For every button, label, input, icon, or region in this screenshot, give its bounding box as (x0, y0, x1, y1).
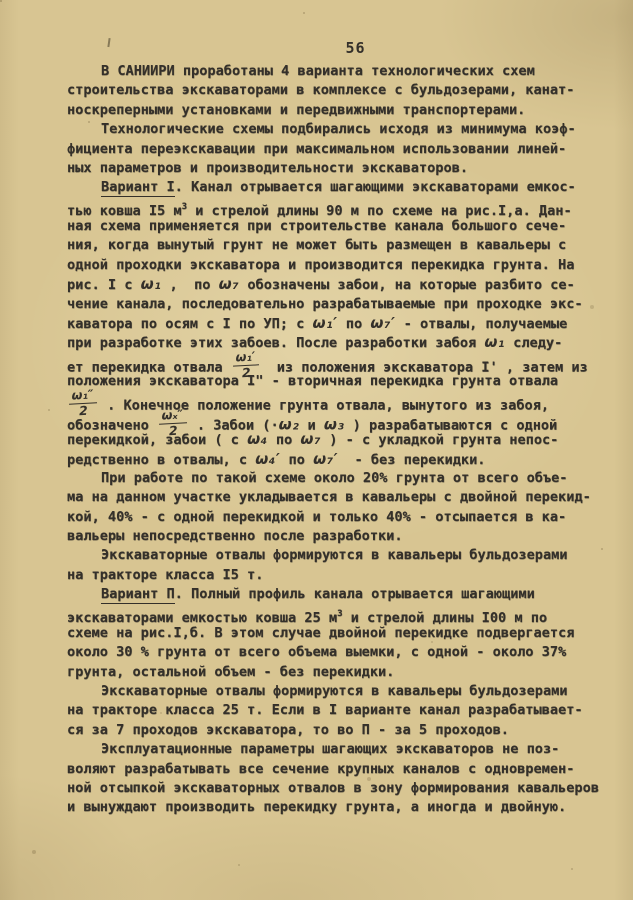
fraction-denominator: 2 (233, 364, 259, 379)
handwritten-fraction: ω₁″2 (68, 389, 97, 418)
text-line: на тракторе класса I5 т. (67, 566, 627, 585)
text-line: перекидкой, забои ( с ω₄ по ω₇ ) - с укл… (67, 430, 627, 449)
text-line: строительства экскаваторами в комплексе … (67, 81, 627, 100)
text-line: около 30 % грунта от всего объема выемки… (67, 643, 627, 662)
fraction-numerator: ωₓ″ (158, 408, 186, 424)
text-line: экскаваторами емкостью ковша 25 м3 и стр… (67, 605, 627, 624)
text-line: положения экскаватора I" - вторичная пер… (67, 372, 627, 391)
text-segment: вальеры непосредственно после разработки… (67, 528, 403, 544)
handwritten-symbol: ω₁ (484, 333, 505, 351)
text-line: ная схема применяется при строительстве … (67, 217, 627, 236)
text-segment: . Полный профиль канала отрывается шагаю… (175, 586, 535, 602)
text-segment: ния, когда вынутый грунт не может быть р… (67, 237, 566, 253)
fraction-denominator: 2 (69, 403, 98, 418)
text-line: редственно в отвалы, с ω₄′ по ω₇′ - без … (67, 450, 627, 469)
text-line: Вариант I. Канал отрывается шагающими эк… (67, 178, 627, 197)
text-line: ния, когда вынутый грунт не может быть р… (67, 236, 627, 255)
text-line: и вынуждают производить перекидку грунта… (67, 798, 627, 817)
text-line: При работе по такой схеме около 20% грун… (67, 469, 627, 488)
text-line: каватора по осям с I по УП; с ω₁′ по ω₇′… (67, 314, 627, 333)
text-segment: - отвалы, получаемые (395, 316, 567, 332)
text-segment: ных параметров и производительности экск… (67, 160, 468, 176)
underlined-heading: Вариант I (101, 179, 175, 197)
text-segment: чение канала, последовательно разрабатыв… (67, 296, 583, 312)
text-line: Экскаваторные отвалы формируются в кавал… (67, 682, 627, 701)
handwritten-fraction: ω₁′2 (232, 350, 259, 379)
text-line: при разработке этих забоев. После разраб… (67, 333, 627, 352)
text-line: воляют разрабатывать все сечение крупных… (67, 760, 627, 779)
text-segment: ной отсыпкой экскаваторных отвалов в зон… (67, 780, 599, 796)
handwritten-symbol: ω₇′ (370, 314, 395, 332)
text-line: ет перекидка отвала ω₁′2 из положения эк… (67, 353, 627, 372)
text-line: ных параметров и производительности экск… (67, 159, 627, 178)
handwritten-symbol: ω₇ (300, 430, 321, 448)
handwritten-symbol: ω₇ (219, 275, 240, 293)
text-segment: при разработке этих забоев. После разраб… (67, 335, 484, 351)
text-segment: схеме на рис.I,б. В этом случае двойной … (67, 625, 574, 641)
text-segment: носкреперными установками и передвижными… (67, 102, 525, 118)
text-line: ма на данном участке укладывается в кава… (67, 488, 627, 507)
text-segment: В САНИИРИ проработаны 4 варианта техноло… (101, 63, 535, 79)
text-segment: грунта, остальной объем - без перекидки. (67, 664, 394, 680)
text-line: Экскаваторные отвалы формируются в кавал… (67, 546, 627, 565)
text-line: схеме на рис.I,б. В этом случае двойной … (67, 624, 627, 643)
text-segment: Эксплуатационные параметры шагающих экск… (101, 741, 559, 757)
text-segment: на тракторе класса I5 т. (67, 567, 263, 583)
text-segment: Технологические схемы подбирались исходя… (101, 121, 576, 137)
text-segment: обозначены забои, на которые разбито се- (239, 277, 575, 293)
text-line: обозначено ωₓ″2 . Забои (·ω₂ и ω₃ ) разр… (67, 411, 627, 430)
handwritten-symbol: ω₄ (247, 430, 268, 448)
page-body: В САНИИРИ проработаны 4 варианта техноло… (67, 62, 627, 818)
text-segment: каватора по осям с I по УП; с (67, 316, 313, 332)
text-line: Технологические схемы подбирались исходя… (67, 120, 627, 139)
fraction-denominator: 2 (159, 423, 187, 438)
text-segment: , по (161, 277, 218, 293)
text-line: на тракторе класса 25 т. Если в I вариан… (67, 701, 627, 720)
text-line: грунта, остальной объем - без перекидки. (67, 663, 627, 682)
text-line: чение канала, последовательно разрабатыв… (67, 295, 627, 314)
text-segment: ) - с укладкой грунта непос- (321, 432, 558, 448)
fraction-numerator: ω₁′ (232, 350, 258, 366)
text-segment: - без перекидки. (338, 452, 485, 468)
text-segment: положения экскаватора I" - вторичная пер… (67, 373, 558, 389)
handwritten-symbol: ω₁ (141, 275, 162, 293)
text-segment: по (268, 432, 301, 448)
text-segment: ся за 7 проходов экскаватора, то во П - … (67, 722, 509, 738)
text-segment: строительства экскаваторами в комплексе … (67, 82, 574, 98)
text-segment: воляют разрабатывать все сечение крупных… (67, 761, 574, 777)
text-line: тью ковша I5 м3 и стрелой длины 90 м по … (67, 198, 627, 217)
text-segment: и вынуждают производить перекидку грунта… (67, 799, 566, 815)
text-segment: ная схема применяется при строительстве … (67, 218, 566, 234)
text-segment: по (280, 452, 313, 468)
paper-speckles (0, 0, 2, 2)
text-segment: около 30 % грунта от всего объема выемки… (67, 644, 566, 660)
scanned-page: 56 В САНИИРИ проработаны 4 варианта техн… (0, 0, 633, 900)
text-segment: на тракторе класса 25 т. Если в I вариан… (67, 702, 583, 718)
underlined-heading: Вариант П (101, 586, 175, 604)
handwritten-fraction: ωₓ″2 (158, 408, 187, 437)
text-segment: Экскаваторные отвалы формируются в кавал… (101, 683, 568, 699)
text-segment: . Канал отрывается шагающими экскаватора… (175, 179, 576, 195)
text-line: Вариант П. Полный профиль канала отрывае… (67, 585, 627, 604)
text-segment: При работе по такой схеме около 20% грун… (101, 470, 568, 486)
text-line: В САНИИРИ проработаны 4 варианта техноло… (67, 62, 627, 81)
text-segment: кой, 40% - с одной перекидкой и только 4… (67, 509, 566, 525)
text-segment: фициента переэкскавации при максимальном… (67, 141, 566, 157)
handwritten-symbol: ω₄′ (255, 450, 280, 468)
text-segment: рис. I с (67, 277, 141, 293)
text-line: ω₁″2 . Конечное положение грунта отвала,… (67, 391, 627, 410)
text-segment: Экскаваторные отвалы формируются в кавал… (101, 547, 568, 563)
text-line: вальеры непосредственно после разработки… (67, 527, 627, 546)
page-number: 56 (39, 39, 633, 57)
text-segment: перекидкой, забои ( с (67, 432, 247, 448)
text-segment: следу- (505, 335, 562, 351)
text-segment: редственно в отвалы, с (67, 452, 255, 468)
text-line: кой, 40% - с одной перекидкой и только 4… (67, 508, 627, 527)
text-line: фициента переэкскавации при максимальном… (67, 140, 627, 159)
handwritten-symbol: ω₇′ (313, 450, 338, 468)
text-line: носкреперными установками и передвижными… (67, 101, 627, 120)
text-line: рис. I с ω₁ , по ω₇ обозначены забои, на… (67, 275, 627, 294)
text-line: ся за 7 проходов экскаватора, то во П - … (67, 721, 627, 740)
text-segment: ма на данном участке укладывается в кава… (67, 489, 591, 505)
text-line: Эксплуатационные параметры шагающих экск… (67, 740, 627, 759)
text-segment: одной проходки экскаватора и производитс… (67, 257, 574, 273)
handwritten-symbol: ω₁′ (313, 314, 338, 332)
text-line: ной отсыпкой экскаваторных отвалов в зон… (67, 779, 627, 798)
text-segment: по (338, 316, 371, 332)
text-line: одной проходки экскаватора и производитс… (67, 256, 627, 275)
